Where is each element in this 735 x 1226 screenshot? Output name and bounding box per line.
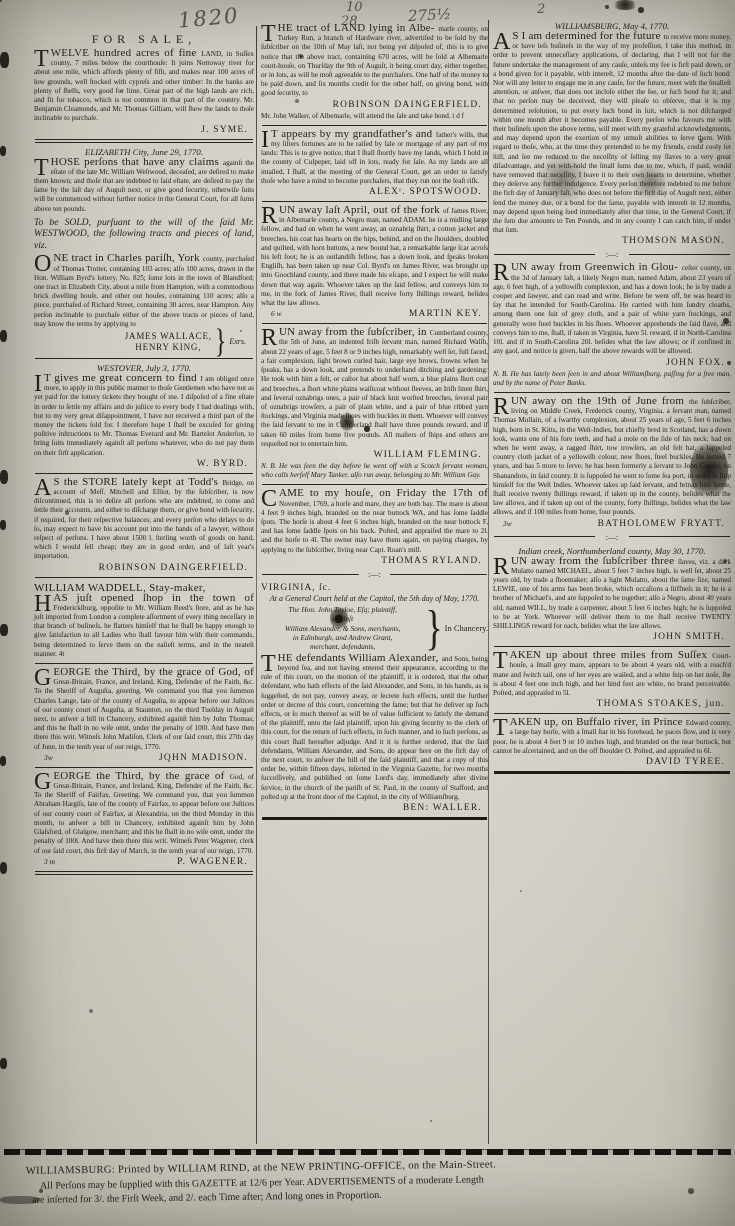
drop-cap: T — [261, 655, 276, 673]
drop-cap: R — [261, 329, 277, 347]
article: VIRGINIA, ſc.At a General Court held at … — [261, 583, 488, 813]
drop-cap: R — [493, 264, 509, 282]
signature-line: THOMSON MASON. — [493, 236, 731, 246]
binding-mark — [0, 756, 6, 766]
drop-cap: T — [34, 50, 49, 68]
article-body: God, of Great-Britain, France, and Irela… — [34, 773, 254, 855]
case-parties: The Hon. John Tayloe, Eſq; plaintiff,aga… — [261, 605, 488, 652]
article-body: Cumberland county, the 5th of June, an i… — [261, 329, 488, 447]
article: THE tract of LAND lying in Albe- marle c… — [261, 24, 488, 121]
column-3: WILLIAMSBURG, May 4, 1770.AS I am determ… — [493, 18, 731, 778]
signature: ALEXʳ. SPOTSWOOD. — [369, 187, 482, 197]
article-paragraph: RUN away from the ſubſcriber three ſlave… — [493, 557, 731, 632]
executor-label: Exrs. — [229, 337, 246, 346]
signature-line: ROBINSON DAINGERFIELD. — [261, 100, 488, 110]
signature-prefix: 3w — [44, 753, 53, 762]
signature: ROBINSON DAINGERFIELD. — [99, 563, 248, 573]
ink-smudge — [630, 165, 670, 199]
article: RUN away laſt April, out of the fork of … — [261, 206, 488, 319]
article-lead: T appears by my grandfather's and — [271, 128, 436, 140]
signature: ROBINSON DAINGERFIELD. — [333, 100, 482, 110]
drop-cap: T — [34, 159, 49, 177]
article-lead: AS juſt opened ſhop in the town of — [53, 592, 254, 604]
brace-glyph: } — [425, 604, 442, 653]
signature: WILLIAM FLEMING. — [374, 450, 482, 460]
handwritten-note: 10 — [346, 0, 363, 15]
binding-mark — [0, 520, 6, 530]
drop-cap: I — [34, 375, 42, 393]
drop-cap: O — [34, 255, 51, 273]
article-body: Frederickſburg, oppoſite to Mr. William … — [34, 604, 254, 658]
drop-cap: A — [34, 479, 51, 497]
article-paragraph: THOSE perſons that have any claims again… — [34, 158, 254, 214]
article-heading: FOR SALE, — [34, 32, 254, 47]
article-body: marle county, on Turkey Run, a branch of… — [261, 25, 488, 97]
handwritten-note: 1820 — [177, 3, 240, 32]
divider-rule — [262, 125, 487, 126]
ink-blot — [330, 606, 348, 630]
divider-rule — [35, 473, 253, 474]
article-lead: UN away on the 19th of June from — [511, 395, 689, 407]
divider-rule — [35, 358, 253, 359]
article: RUN away from Greenwich in Glou- ceſter … — [493, 263, 731, 387]
signature: JOHN SMITH. — [653, 632, 725, 642]
article: FOR SALE,TWELVE hundred acres of fine LA… — [34, 32, 254, 135]
article: TAKEN up, on Buffalo river, in Prince Ed… — [493, 718, 731, 767]
drop-cap: G — [34, 669, 51, 687]
signature-line: 3 mP. WAGENER. — [34, 857, 254, 867]
signature-line: JOHN SMITH. — [493, 632, 731, 642]
article-paragraph: THE defendants William Alexander, and So… — [261, 654, 488, 802]
signature-line: 6 wMARTIN KEY. — [261, 309, 488, 319]
binding-mark — [0, 52, 9, 68]
article: WILLIAMSBURG, May 4, 1770.AS I am determ… — [493, 21, 731, 246]
article: IT appears by my grandfather's and fathe… — [261, 130, 488, 197]
drop-cap: T — [493, 719, 508, 737]
footer-rule — [4, 1149, 731, 1155]
divider-rule — [494, 713, 730, 714]
signature: THOMAS RYLAND. — [381, 556, 482, 566]
executor-name: JAMES WALLACE, — [125, 331, 212, 342]
article-body: November, 1769, a horſe and mare, they a… — [261, 500, 488, 554]
article: CAME to my houſe, on Friday the 17th of … — [261, 489, 488, 565]
article: GEORGE the Third, by the grace of God, o… — [34, 772, 254, 867]
divider-rule — [494, 646, 730, 647]
signature: BEN: WALLER. — [403, 803, 482, 813]
article-lead: T gives me great concern to find — [44, 372, 200, 384]
handwritten-note: 2 — [537, 2, 545, 17]
article-paragraph: HAS juſt opened ſhop in the town of Fred… — [34, 594, 254, 659]
article-paragraph: RUN away laſt April, out of the fork of … — [261, 206, 488, 308]
article: WILLIAM WADDELL, Stay-maker,HAS juſt ope… — [34, 582, 254, 659]
drop-cap: G — [34, 773, 51, 791]
executor-names: JAMES WALLACE,HENRY KING, — [125, 331, 212, 353]
signature-line: 3wBATHOLOMEW FRYATT. — [493, 519, 731, 529]
binding-mark — [0, 330, 7, 342]
column-rule — [256, 26, 257, 1144]
signature-line: THOMAS STOAKES, jun. — [493, 699, 731, 709]
divider-rule — [262, 817, 487, 820]
divider-rule — [262, 323, 487, 324]
signature: THOMSON MASON. — [622, 236, 725, 246]
postscript: N. B. He was ſeen the day before he went… — [261, 462, 488, 480]
signature-line: BEN: WALLER. — [261, 803, 488, 813]
binding-mark — [0, 146, 6, 156]
article-paragraph: AS I am determined for the future to rec… — [493, 32, 731, 235]
newspaper-page: 1820 10 28 275½ 2 FOR SALE,TWELVE hundre… — [0, 0, 735, 1226]
article-body: to receive more money, or have leſs buſi… — [493, 33, 731, 234]
article-lead: WELVE hundred acres of fine — [51, 47, 202, 59]
ink-smudge — [535, 155, 590, 205]
divider-rule — [35, 663, 253, 664]
article-body: Great-Britain, France, and Ireland, King… — [34, 678, 254, 750]
binding-mark — [0, 1196, 40, 1204]
article: To be SOLD, purſuant to the will of the … — [34, 217, 254, 252]
article-lead: AKEN up, on Buffalo river, in Prince — [510, 716, 686, 728]
ink-blot — [340, 412, 354, 432]
divider-rule — [494, 533, 730, 542]
signature-line: ALEXʳ. SPOTSWOOD. — [261, 187, 488, 197]
paper-specks — [0, 0, 2, 2]
case-party-line: merchant, defendants, — [261, 642, 424, 651]
signature-line: ROBINSON DAINGERFIELD. — [34, 563, 254, 573]
article: WESTOVER, July 3, 1770.IT gives me great… — [34, 363, 254, 469]
signature: BATHOLOMEW FRYATT. — [598, 519, 725, 529]
article-lead: UN away from Greenwich in Glou- — [511, 261, 682, 273]
binding-mark — [0, 862, 7, 874]
article-paragraph: TWELVE hundred acres of fine LAND, in Su… — [34, 49, 254, 124]
drop-cap: H — [34, 595, 51, 613]
article-lead: AKEN up about three miles from Suſſex — [510, 649, 713, 661]
article-body: Bridge, on account of Meſſ. Mitchell and… — [34, 479, 254, 561]
article-lead: HOSE perſons that have any claims — [51, 156, 223, 168]
article-italic-block: To be SOLD, purſuant to the will of the … — [34, 217, 254, 252]
article: Indian creek, Northumberland county, May… — [493, 546, 731, 643]
column-rule — [488, 20, 489, 1144]
article-paragraph: TAKEN up, on Buffalo river, in Prince Ed… — [493, 718, 731, 756]
article-lead: HE tract of LAND lying in Albe- — [278, 22, 439, 34]
article-paragraph: IT appears by my grandfather's and fathe… — [261, 130, 488, 186]
drop-cap: C — [261, 490, 277, 508]
article-lead: HE defendants William Alexander, — [278, 652, 442, 664]
signature: P. WAGENER. — [177, 857, 248, 867]
article-lead: EORGE the Third, by the grace of God, of — [53, 666, 254, 678]
article: TAKEN up about three miles from Suſſex C… — [493, 651, 731, 709]
article-body: I am obliged once more, to apply in this… — [34, 375, 254, 457]
signature-prefix: 3 m — [44, 857, 55, 866]
divider-rule — [262, 201, 487, 202]
binding-mark — [0, 1058, 7, 1069]
binding-mark — [0, 624, 8, 636]
divider-rule — [262, 570, 487, 579]
article: RUN away from the ſubſcriber, in Cumberl… — [261, 328, 488, 480]
article-paragraph: TAKEN up about three miles from Suſſex C… — [493, 651, 731, 698]
case-subheading: At a General Court held at the Capitol, … — [261, 594, 488, 604]
article-body: and Sons, being beyond ſea, and not havi… — [261, 655, 488, 801]
divider-rule — [35, 871, 253, 875]
divider-rule — [494, 392, 730, 393]
signature: JOHN FOX. — [666, 358, 725, 368]
signature: JOHN MADISON. — [159, 753, 248, 763]
article-paragraph: GEORGE the Third, by the grace of God, o… — [34, 772, 254, 856]
drop-cap: T — [493, 652, 508, 670]
article: ELIZABETH City, June 29, 1770.THOSE perſ… — [34, 147, 254, 214]
signature: MARTIN KEY. — [409, 309, 482, 319]
signature: DAVID TYREE. — [646, 757, 725, 767]
signature-line: W. BYRD. — [34, 459, 254, 469]
column-2: THE tract of LAND lying in Albe- marle c… — [261, 24, 488, 824]
article-lead: NE tract in Charles pariſh, York — [53, 252, 203, 264]
article-body: ceſter county, on the 3d of January laſt… — [493, 264, 731, 355]
article-body: of James River, in Albemarle county, a N… — [261, 207, 488, 307]
signature-line: DAVID TYREE. — [493, 757, 731, 767]
article-paragraph: RUN away from Greenwich in Glou- ceſter … — [493, 263, 731, 356]
executors-signature: JAMES WALLACE,HENRY KING,}Exrs. — [34, 330, 246, 354]
article-paragraph: ONE tract in Charles pariſh, York county… — [34, 254, 254, 329]
article-paragraph: THE tract of LAND lying in Albe- marle c… — [261, 24, 488, 99]
signature: J. SYME. — [201, 125, 248, 135]
case-label: In Chancery. — [445, 623, 488, 633]
executor-name: HENRY KING, — [125, 342, 212, 353]
case-party-line: in Edinburgh, and Andrew Grant, — [261, 633, 424, 642]
article: GEORGE the Third, by the grace of God, o… — [34, 668, 254, 763]
article-paragraph: IT gives me great concern to find I am o… — [34, 374, 254, 458]
article: ONE tract in Charles pariſh, York county… — [34, 254, 254, 354]
article-lead: UN away from the ſubſcriber three — [511, 555, 678, 567]
ink-blot — [690, 440, 728, 500]
drop-cap: I — [261, 131, 269, 149]
signature-line: J. SYME. — [34, 125, 254, 135]
postscript: N. B. He has lately been ſeen in and abo… — [493, 370, 731, 388]
article-body: LAND, in Suſſex county, 7 miles below th… — [34, 50, 254, 122]
article-paragraph: CAME to my houſe, on Friday the 17th of … — [261, 489, 488, 554]
drop-cap: R — [261, 207, 277, 225]
article-paragraph: RUN away from the ſubſcriber, in Cumberl… — [261, 328, 488, 449]
signature-prefix: 6 w — [271, 309, 282, 318]
divider-rule — [494, 771, 730, 774]
article-lead: S the STORE lately kept at Todd's — [53, 476, 222, 488]
divider-rule — [35, 767, 253, 768]
divider-rule — [35, 139, 253, 143]
divider-rule — [494, 250, 730, 259]
article-paragraph: GEORGE the Third, by the grace of God, o… — [34, 668, 254, 752]
binding-mark — [0, 470, 8, 484]
drop-cap: R — [493, 558, 509, 576]
case-heading: VIRGINIA, ſc. — [261, 583, 488, 593]
signature-line: WILLIAM FLEMING. — [261, 450, 488, 460]
article-lead: UN away laſt April, out of the fork — [279, 204, 443, 216]
ink-blot — [612, 0, 638, 10]
signature-line: THOMAS RYLAND. — [261, 556, 488, 566]
article-body: ſlaves, viz. a dark Mulatto named MICHAE… — [493, 558, 731, 630]
drop-cap: T — [261, 25, 276, 43]
signature-line: JOHN FOX. — [493, 358, 731, 368]
drop-cap: R — [493, 398, 509, 416]
article-body: county, purchaſed of Thomas Trotter, con… — [34, 255, 254, 327]
article-lead: EORGE the Third, by the grace of — [53, 770, 229, 782]
signature: W. BYRD. — [197, 459, 248, 469]
article-lead: UN away from the ſubſcriber, in — [279, 326, 430, 338]
divider-rule — [262, 484, 487, 485]
column-1: FOR SALE,TWELVE hundred acres of fine LA… — [34, 30, 254, 879]
article-extra: Mr. John Walker, of Albemarle, will atte… — [261, 112, 488, 121]
article-paragraph: AS the STORE lately kept at Todd's Bridg… — [34, 478, 254, 562]
signature: THOMAS STOAKES, jun. — [597, 699, 725, 709]
drop-cap: A — [493, 33, 510, 51]
divider-rule — [35, 577, 253, 578]
imprint: WILLIAMSBURG: Printed by WILLIAM RIND, a… — [26, 1155, 723, 1208]
article: AS the STORE lately kept at Todd's Bridg… — [34, 478, 254, 573]
signature-prefix: 3w — [503, 519, 512, 528]
article-lead: S I am determined for the future — [512, 30, 663, 42]
signature-line: 3wJOHN MADISON. — [34, 753, 254, 763]
brace-glyph: } — [215, 325, 227, 359]
article-lead: AME to my houſe, on Friday the 17th of — [279, 487, 488, 499]
court-case: VIRGINIA, ſc.At a General Court held at … — [261, 583, 488, 652]
